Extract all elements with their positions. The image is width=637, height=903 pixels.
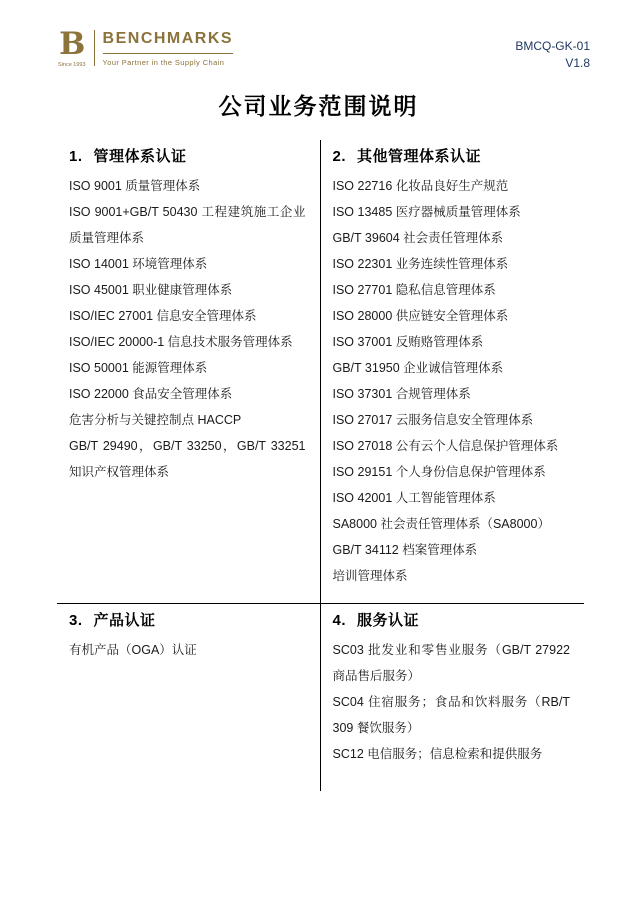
certification-item: ISO 29151 个人身份信息保护管理体系 [333, 459, 571, 485]
logo-tagline: Your Partner in the Supply Chain [103, 54, 234, 67]
certification-item: ISO 27017 云服务信息安全管理体系 [333, 407, 571, 433]
section-heading: 3.产品认证 [69, 609, 306, 630]
certification-item: 危害分析与关键控制点 HACCP [69, 407, 306, 433]
document-page: B Since 1993 BENCHMARKS Your Partner in … [0, 0, 637, 903]
certification-list: 有机产品（OGA）认证 [69, 637, 306, 663]
document-meta: BMCQ-GK-01 V1.8 [515, 28, 590, 72]
company-logo: B Since 1993 BENCHMARKS Your Partner in … [58, 28, 233, 68]
section-product-certification: 3.产品认证 有机产品（OGA）认证 [57, 604, 321, 791]
certification-item: ISO 50001 能源管理体系 [69, 355, 306, 381]
logo-since-text: Since 1993 [58, 62, 86, 68]
certification-item: GB/T 39604 社会责任管理体系 [333, 225, 571, 251]
logo-brand-name: BENCHMARKS [103, 30, 234, 54]
section-heading: 4.服务认证 [333, 609, 571, 630]
document-version: V1.8 [515, 55, 590, 72]
section-management-systems: 1.管理体系认证 ISO 9001 质量管理体系ISO 9001+GB/T 50… [57, 140, 321, 604]
certification-item: GB/T 34112 档案管理体系 [333, 537, 571, 563]
logo-b-mark-icon: B [59, 28, 84, 61]
certification-list: ISO 22716 化妆品良好生产规范ISO 13485 医疗器械质量管理体系G… [333, 173, 571, 589]
section-other-management-systems: 2.其他管理体系认证 ISO 22716 化妆品良好生产规范ISO 13485 … [321, 140, 585, 604]
certification-item: 有机产品（OGA）认证 [69, 637, 306, 663]
section-heading: 2.其他管理体系认证 [333, 145, 571, 166]
certification-item: ISO 9001 质量管理体系 [69, 173, 306, 199]
certification-item: ISO 42001 人工智能管理体系 [333, 485, 571, 511]
certification-item: SC04 住宿服务；食品和饮料服务（RB/T 309 餐饮服务） [333, 689, 571, 741]
certification-item: SC03 批发业和零售业服务（GB/T 27922 商品售后服务） [333, 637, 571, 689]
certification-item: ISO 27018 公有云个人信息保护管理体系 [333, 433, 571, 459]
certification-item: 培训管理体系 [333, 563, 571, 589]
certification-item: ISO 22000 食品安全管理体系 [69, 381, 306, 407]
certification-item: ISO 45001 职业健康管理体系 [69, 277, 306, 303]
certification-item: ISO/IEC 27001 信息安全管理体系 [69, 303, 306, 329]
certification-item: ISO 9001+GB/T 50430 工程建筑施工企业质量管理体系 [69, 199, 306, 251]
certification-item: ISO 22301 业务连续性管理体系 [333, 251, 571, 277]
business-scope-table: 1.管理体系认证 ISO 9001 质量管理体系ISO 9001+GB/T 50… [57, 140, 584, 791]
certification-item: GB/T 29490，GB/T 33250，GB/T 33251 知识产权管理体… [69, 433, 306, 485]
section-heading: 1.管理体系认证 [69, 145, 306, 166]
certification-list: ISO 9001 质量管理体系ISO 9001+GB/T 50430 工程建筑施… [69, 173, 306, 485]
document-number: BMCQ-GK-01 [515, 38, 590, 55]
page-header: B Since 1993 BENCHMARKS Your Partner in … [58, 28, 590, 72]
certification-item: ISO 37301 合规管理体系 [333, 381, 571, 407]
logo-divider [94, 30, 95, 66]
certification-item: GB/T 31950 企业诚信管理体系 [333, 355, 571, 381]
certification-item: ISO 27701 隐私信息管理体系 [333, 277, 571, 303]
section-service-certification: 4.服务认证 SC03 批发业和零售业服务（GB/T 27922 商品售后服务）… [321, 604, 585, 791]
page-title: 公司业务范围说明 [0, 88, 637, 121]
certification-item: ISO 22716 化妆品良好生产规范 [333, 173, 571, 199]
certification-item: SA8000 社会责任管理体系（SA8000） [333, 511, 571, 537]
certification-item: ISO 13485 医疗器械质量管理体系 [333, 199, 571, 225]
certification-item: SC12 电信服务；信息检索和提供服务 [333, 741, 571, 767]
certification-item: ISO 37001 反贿赂管理体系 [333, 329, 571, 355]
certification-item: ISO 28000 供应链安全管理体系 [333, 303, 571, 329]
certification-item: ISO 14001 环境管理体系 [69, 251, 306, 277]
certification-item: ISO/IEC 20000-1 信息技术服务管理体系 [69, 329, 306, 355]
certification-list: SC03 批发业和零售业服务（GB/T 27922 商品售后服务）SC04 住宿… [333, 637, 571, 767]
